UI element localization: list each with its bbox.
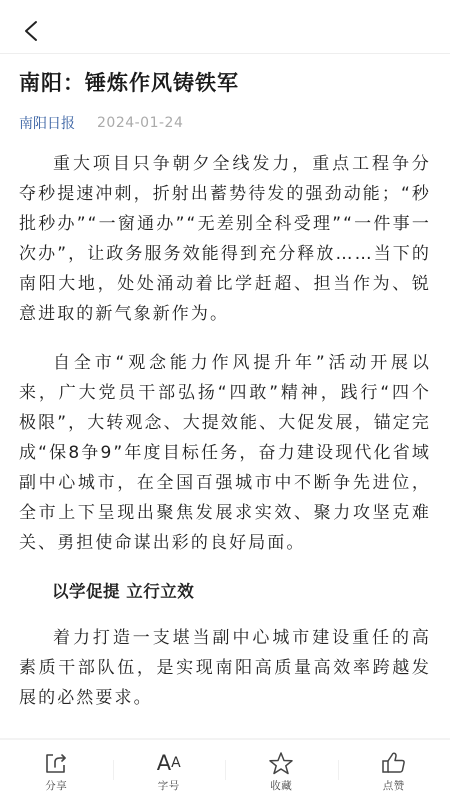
like-button[interactable]: 点赞	[338, 740, 450, 800]
article-body: 重大项目只争朝夕全线发力，重点工程争分夺秒提速冲刺，折射出蓄势待发的强劲动能；“…	[19, 149, 431, 713]
thumbs-up-icon	[381, 751, 407, 775]
star-icon	[268, 751, 294, 775]
article-source[interactable]: 南阳日报	[19, 113, 75, 133]
font-size-label: 字号	[158, 778, 180, 793]
article-subheading: 以学促提 立行立效	[19, 577, 431, 607]
favorite-label: 收藏	[270, 778, 292, 793]
article-paragraph: 自全市“观念能力作风提升年”活动开展以来，广大党员干部弘扬“四敢”精神，践行“四…	[19, 348, 431, 558]
bottom-action-bar: 分享 AA 字号 收藏 点赞	[0, 738, 450, 800]
chevron-left-icon	[23, 20, 39, 42]
article-paragraph: 着力打造一支堪当副中心城市建设重任的高素质干部队伍，是实现南阳高质量高效率跨越发…	[19, 623, 431, 713]
share-icon	[43, 751, 69, 775]
article-title: 南阳：锤炼作风铸铁军	[19, 67, 431, 99]
top-nav-bar	[0, 0, 450, 54]
article-date: 2024-01-24	[97, 115, 183, 131]
article-paragraph: 重大项目只争朝夕全线发力，重点工程争分夺秒提速冲刺，折射出蓄势待发的强劲动能；“…	[19, 149, 431, 329]
share-button[interactable]: 分享	[0, 740, 113, 800]
article-meta: 南阳日报 2024-01-24	[19, 113, 431, 133]
font-size-icon: AA	[156, 751, 182, 775]
share-label: 分享	[45, 778, 67, 793]
font-size-button[interactable]: AA 字号	[113, 740, 226, 800]
article-page: 南阳：锤炼作风铸铁军 南阳日报 2024-01-24 重大项目只争朝夕全线发力，…	[0, 0, 450, 800]
favorite-button[interactable]: 收藏	[225, 740, 338, 800]
back-button[interactable]	[14, 14, 48, 48]
like-label: 点赞	[383, 778, 405, 793]
article-scroll-area[interactable]: 南阳：锤炼作风铸铁军 南阳日报 2024-01-24 重大项目只争朝夕全线发力，…	[0, 54, 450, 738]
